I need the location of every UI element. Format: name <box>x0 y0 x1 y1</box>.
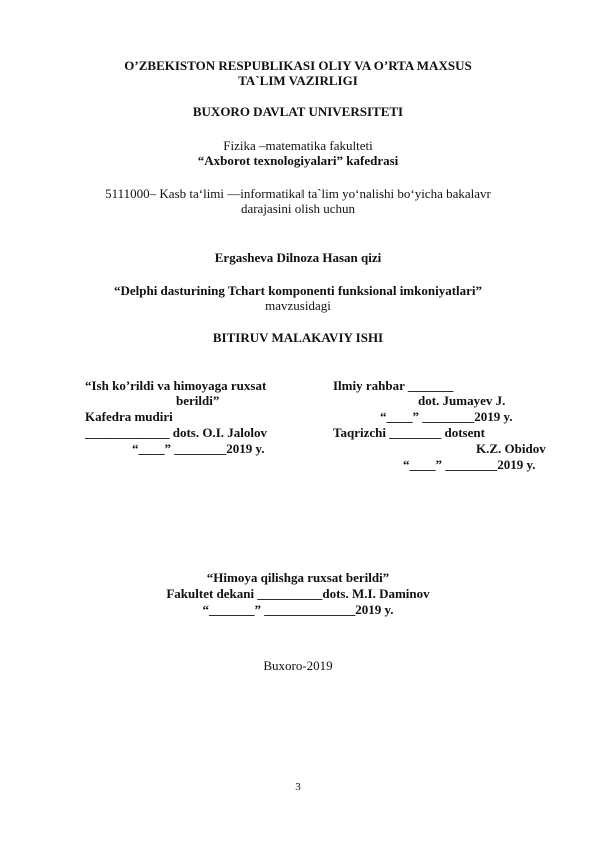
ministry-line-2: TA`LIM VAZIRLIGI <box>0 73 596 88</box>
work-type: BITIRUV MALAKAVIY ISHI <box>0 330 596 345</box>
dean-signature-line: Fakultet dekani __________dots. M.I. Dam… <box>0 586 596 601</box>
university-name: BUXORO DAVLAT UNIVERSITETI <box>0 104 596 119</box>
program-line-2: darajasini olish uchun <box>0 201 596 216</box>
reviewer-name: K.Z. Obidov <box>476 441 546 456</box>
supervisor-label: Ilmiy rahbar _______ <box>333 378 453 393</box>
left-approval-line-2: berildi” <box>176 393 219 408</box>
ministry-line-1: O’ZBEKISTON RESPUBLIKASI OLIY VA O’RTA M… <box>0 58 596 73</box>
supervisor-date-line: “____” ________2019 y. <box>380 409 513 424</box>
left-approval-line-1: “Ish ko’rildi va himoyaga ruxsat <box>85 378 266 393</box>
topic-suffix: mavzusidagi <box>0 298 596 313</box>
department-name: “Axborot texnologiyalari” kafedrasi <box>0 153 596 168</box>
defense-approval-title: “Himoya qilishga ruxsat berildi” <box>0 570 596 585</box>
department-head-label: Kafedra mudiri <box>85 409 173 424</box>
left-date-line: “____” ________2019 y. <box>132 441 265 456</box>
page-number: 3 <box>0 780 596 795</box>
topic-title: “Delphi dasturining Tchart komponenti fu… <box>0 283 596 298</box>
supervisor-name: dot. Jumayev J. <box>418 393 505 408</box>
program-line-1: 5111000– Kasb ta‘limi —informatika‖ ta`l… <box>0 186 596 201</box>
dean-date-line: “_______” ______________2019 y. <box>0 602 596 617</box>
department-head-signature: _____________ dots. O.I. Jalolov <box>85 425 267 440</box>
author-name: Ergasheva Dilnoza Hasan qizi <box>0 250 596 265</box>
reviewer-date-line: “____” ________2019 y. <box>403 457 536 472</box>
faculty-name: Fizika –matematika fakulteti <box>0 138 596 153</box>
reviewer-label: Taqrizchi ________ dotsent <box>333 425 485 440</box>
place-year: Buxoro-2019 <box>0 658 596 673</box>
